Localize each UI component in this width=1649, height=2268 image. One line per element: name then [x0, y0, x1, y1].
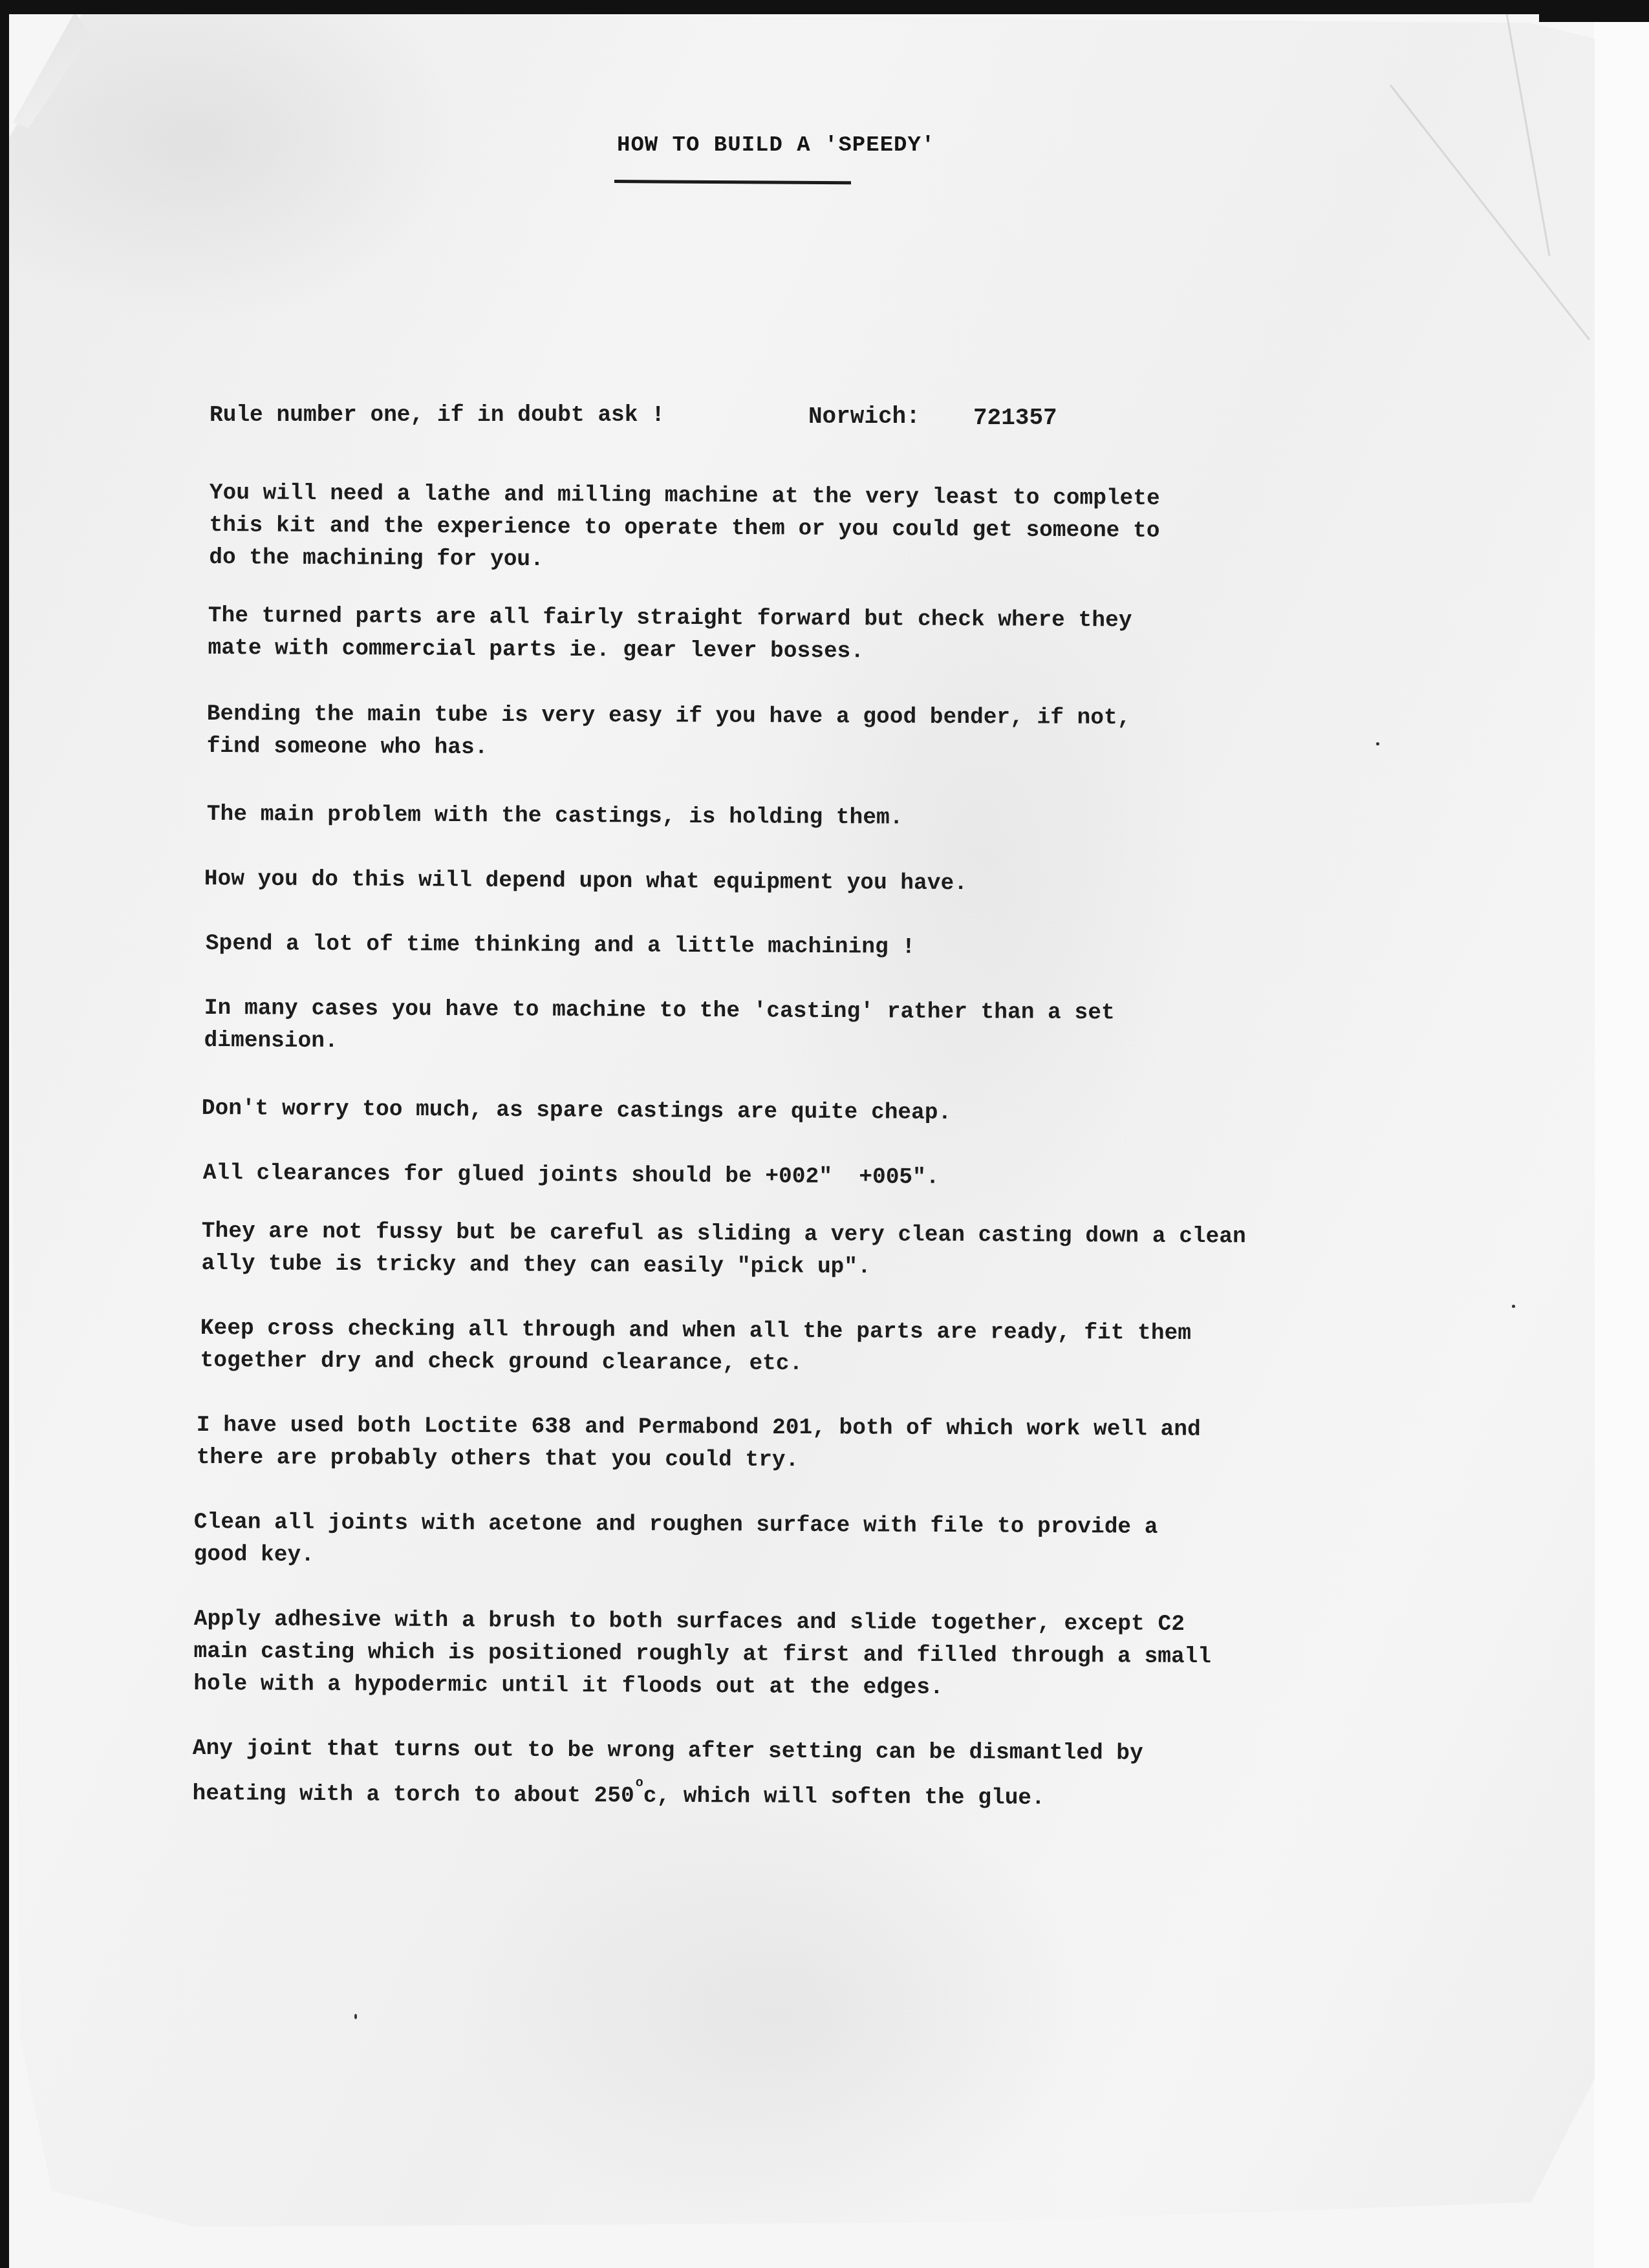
ink-speck — [1376, 742, 1379, 745]
paragraph-line: heating with a torch to about 250 — [192, 1781, 634, 1809]
paragraph-line: The main problem with the castings, is h… — [207, 802, 903, 831]
paragraph-line: The turned parts are all fairly straight… — [208, 603, 1132, 633]
paragraph: The turned parts are all fairly straight… — [208, 600, 1132, 669]
document-title: HOW TO BUILD A 'SPEEDY' — [617, 133, 935, 158]
paragraph: Keep cross checking all through and when… — [200, 1312, 1191, 1382]
paragraph: Apply adhesive with a brush to both surf… — [193, 1603, 1211, 1706]
paragraph-line: do the machining for you. — [209, 545, 544, 572]
paragraph: Don't worry too much, as spare castings … — [202, 1093, 952, 1129]
paragraph-line: together dry and check ground clearance,… — [200, 1348, 803, 1376]
typed-document: HOW TO BUILD A 'SPEEDY' Rule number one,… — [0, 0, 1649, 2268]
paragraph: How you do this will depend upon what eq… — [204, 863, 967, 900]
paragraph: Any joint that turns out to be wrong aft… — [192, 1733, 1143, 1815]
ink-speck — [354, 2014, 357, 2019]
paragraph-line: Apply adhesive with a brush to both surf… — [194, 1607, 1185, 1637]
paragraph: All clearances for glued joints should b… — [203, 1157, 940, 1194]
ink-speck — [1512, 1305, 1515, 1308]
paragraph: Bending the main tube is very easy if yo… — [207, 698, 1131, 767]
paragraph-line: this kit and the experience to operate t… — [209, 513, 1159, 544]
paragraph-line: hole with a hypodermic until it floods o… — [193, 1671, 943, 1700]
paragraph: You will need a lathe and milling machin… — [209, 477, 1160, 580]
contact-label: Norwich: — [808, 401, 920, 433]
paragraph-line: find someone who has. — [207, 734, 488, 760]
degree-symbol: o — [636, 1776, 643, 1791]
paragraph-line: All clearances for glued joints should b… — [203, 1161, 940, 1190]
paragraph-line: main casting which is positioned roughly… — [194, 1639, 1212, 1669]
paragraph-line: Clean all joints with acetone and roughe… — [194, 1510, 1158, 1540]
paragraph-line: Spend a lot of time thinking and a littl… — [206, 931, 915, 960]
title-underline — [614, 180, 851, 184]
paragraph-line: mate with commercial parts ie. gear leve… — [208, 636, 865, 664]
paragraph-line: good key. — [194, 1542, 315, 1568]
paragraph-line-tail: c, which will soften the glue. — [643, 1784, 1045, 1811]
paragraph: Spend a lot of time thinking and a littl… — [206, 928, 916, 964]
paragraph-line: Bending the main tube is very easy if yo… — [207, 701, 1131, 731]
paragraph: The main problem with the castings, is h… — [207, 798, 903, 835]
paragraph-line: You will need a lathe and milling machin… — [210, 480, 1160, 511]
paragraph: In many cases you have to machine to the… — [204, 992, 1114, 1062]
paragraph-line: Don't worry too much, as spare castings … — [202, 1096, 952, 1126]
paragraph-line: How you do this will depend upon what eq… — [204, 866, 967, 896]
intro-rule: Rule number one, if in doubt ask ! — [210, 400, 665, 432]
paragraph-line: there are probably others that you could… — [197, 1445, 799, 1473]
paragraph-line: dimension. — [204, 1028, 338, 1054]
paragraph: Clean all joints with acetone and roughe… — [193, 1506, 1158, 1576]
paragraph-line: Any joint that turns out to be wrong aft… — [193, 1736, 1143, 1766]
paragraph: They are not fussy but be careful as sli… — [201, 1215, 1245, 1285]
paragraph-line: Keep cross checking all through and when… — [200, 1316, 1191, 1346]
contact-number: 721357 — [973, 402, 1057, 434]
paragraph-line: They are not fussy but be careful as sli… — [202, 1219, 1246, 1249]
paragraph-line: In many cases you have to machine to the… — [204, 996, 1115, 1025]
paragraph-line: ally tube is tricky and they can easily … — [202, 1251, 871, 1279]
paragraph-line: I have used both Loctite 638 and Permabo… — [197, 1413, 1201, 1442]
paragraph: I have used both Loctite 638 and Permabo… — [197, 1409, 1201, 1479]
